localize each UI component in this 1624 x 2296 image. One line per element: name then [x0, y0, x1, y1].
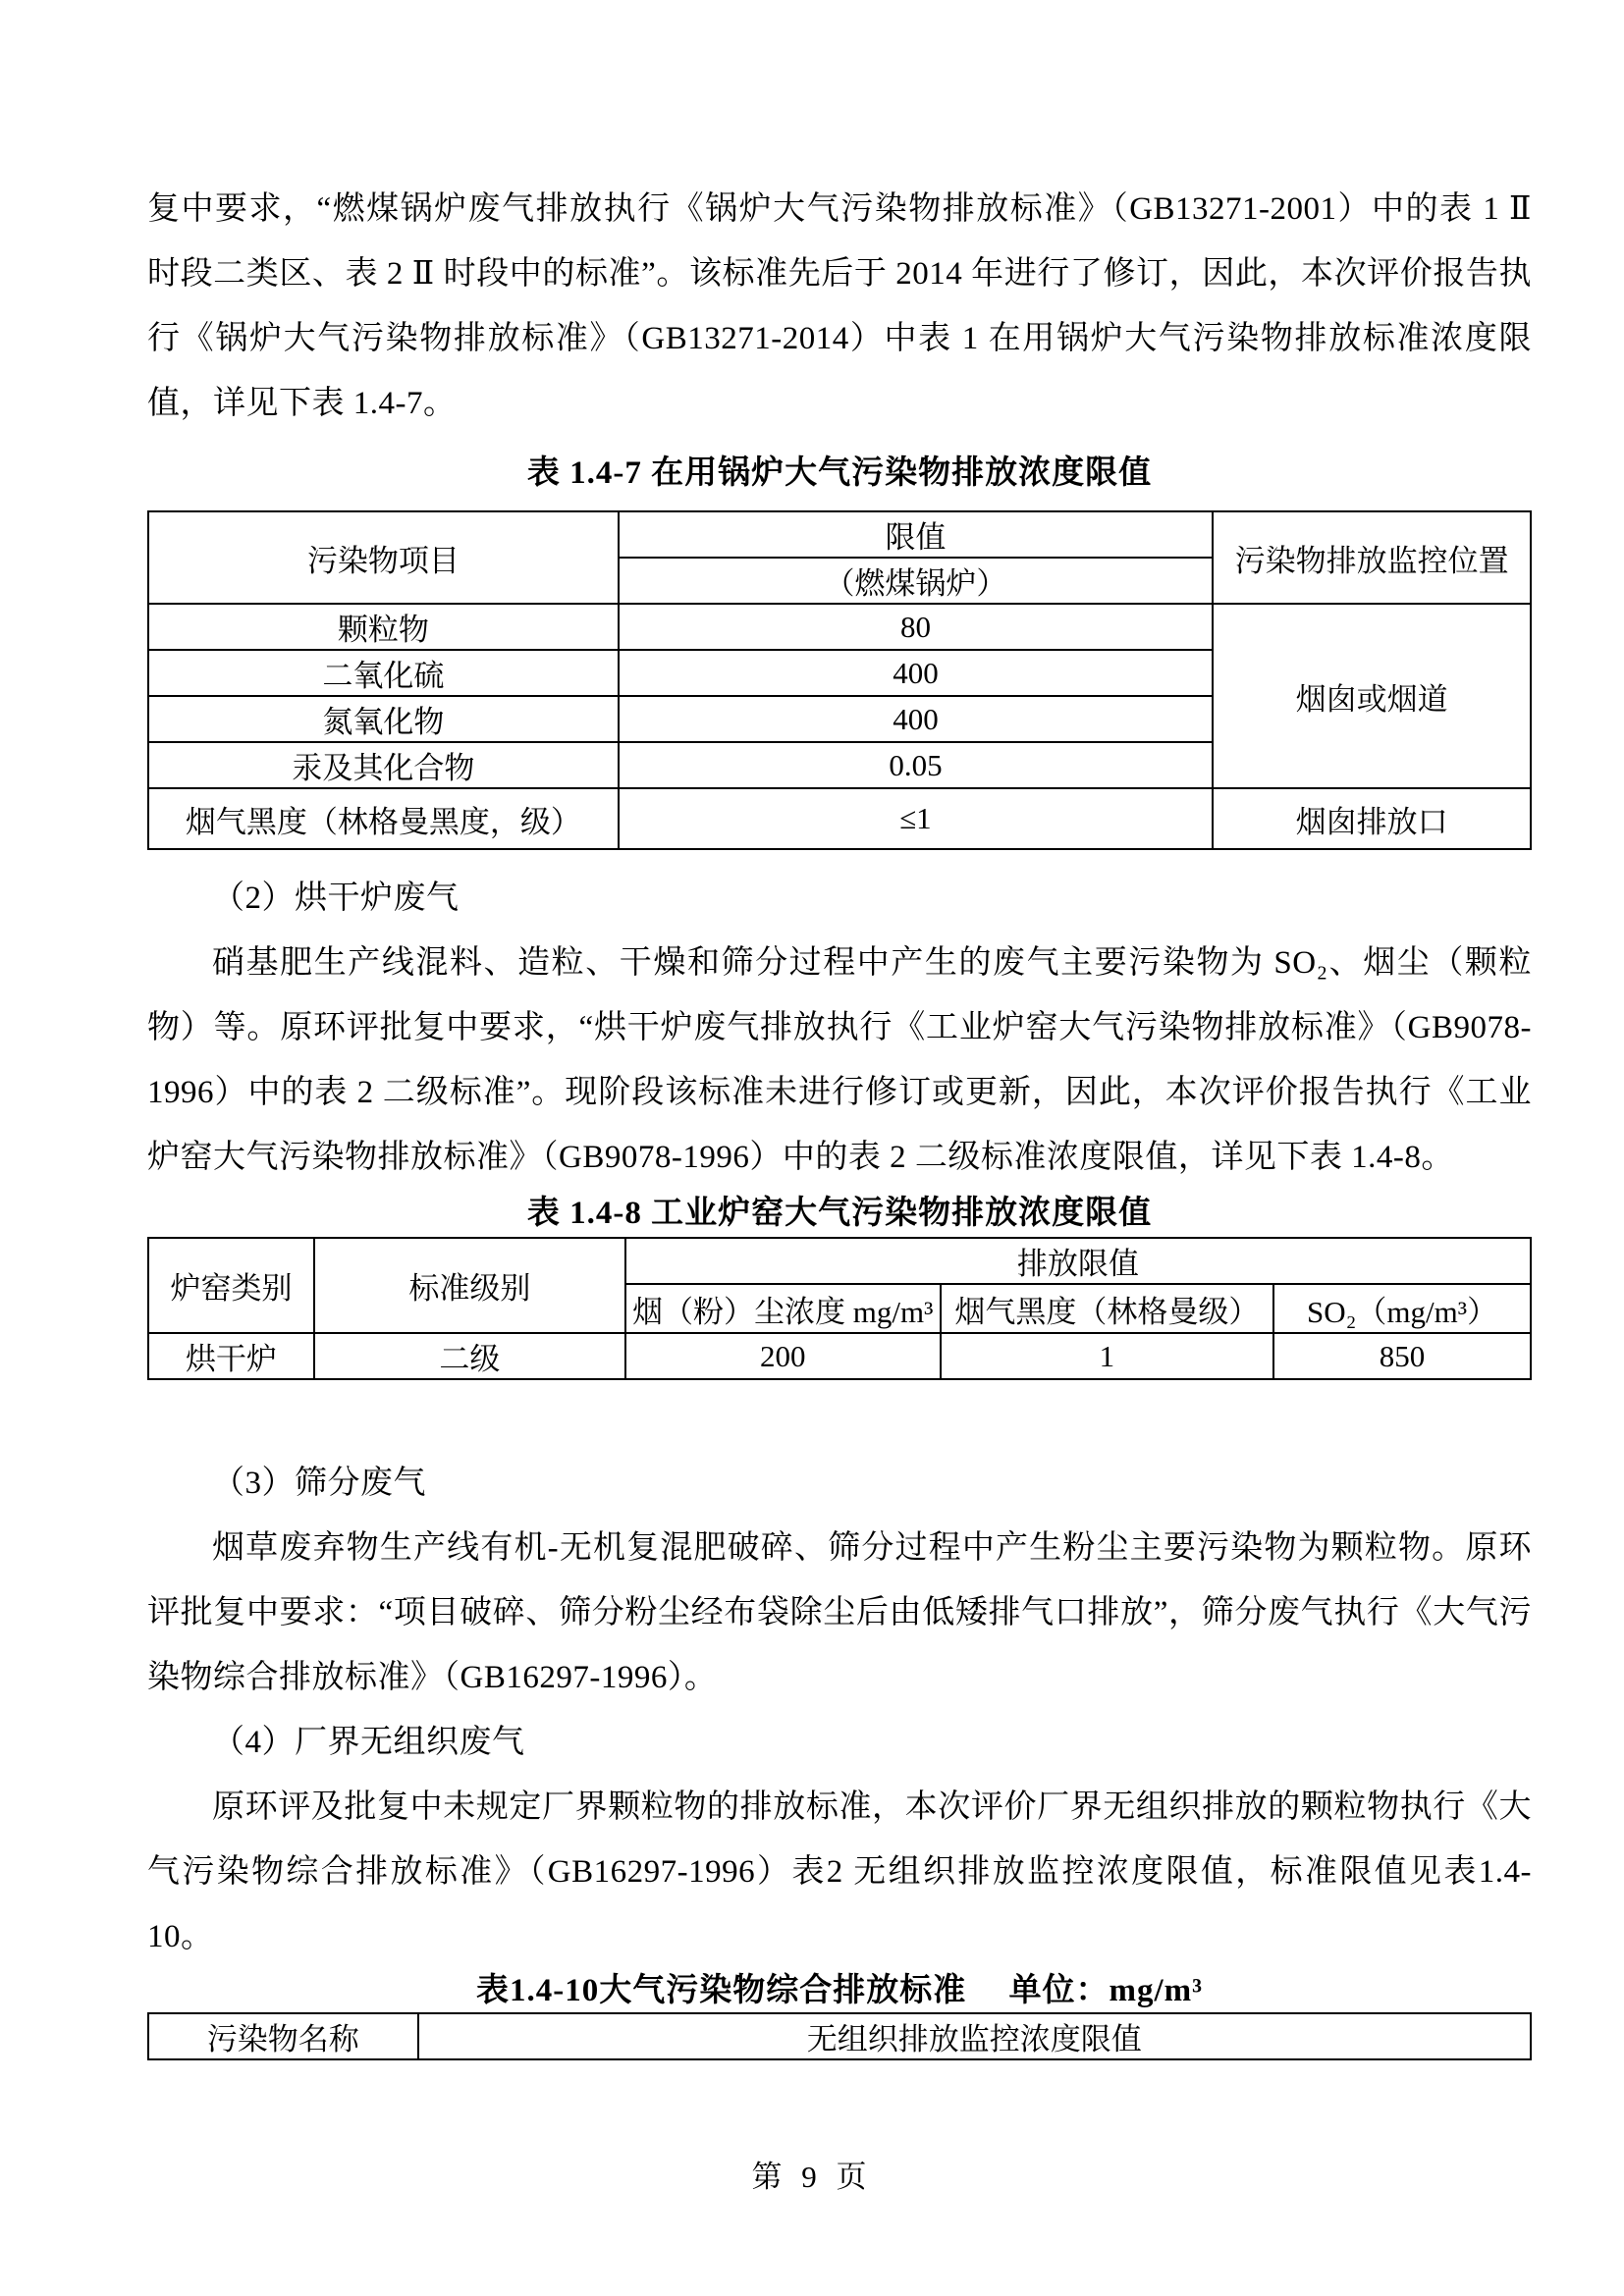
t8-cell-so2-value: 850: [1273, 1333, 1531, 1379]
t7-header-limit-sub: （燃煤锅炉）: [619, 558, 1213, 604]
t7-cell-particulate: 颗粒物: [148, 604, 619, 650]
heading-drying-furnace: （2）烘干炉废气: [147, 866, 1532, 931]
t7-header-pollutant: 污染物项目: [148, 511, 619, 604]
t7-cell-so2: 二氧化硫: [148, 650, 619, 696]
t7-cell-mercury-value: 0.05: [619, 742, 1213, 788]
t7-cell-chimney-outlet: 烟囱排放口: [1213, 788, 1531, 849]
t7-header-limit: 限值: [619, 511, 1213, 558]
heading-screening-gas: （3）筛分废气: [147, 1451, 1532, 1516]
paragraph-drying-furnace: 硝基肥生产线混料、造粒、干燥和筛分过程中产生的废气主要污染物为 SO₂、烟尘（颗…: [147, 931, 1532, 1190]
table-1-4-10: 污染物名称 无组织排放监控浓度限值: [147, 2012, 1532, 2060]
t7-cell-particulate-value: 80: [619, 604, 1213, 650]
t7-cell-so2-value: 400: [619, 650, 1213, 696]
t7-cell-nox-value: 400: [619, 696, 1213, 742]
t8-subheader-dust: 烟（粉）尘浓度 mg/m³: [625, 1284, 941, 1333]
table-1-4-10-title: 表1.4-10大气污染物综合排放标准 单位：mg/m³: [147, 1969, 1532, 2012]
t8-header-limit-span: 排放限值: [625, 1238, 1531, 1284]
t10-header-pollutant-name: 污染物名称: [148, 2013, 418, 2059]
table-1-4-7-title: 表 1.4-7 在用锅炉大气污染物排放浓度限值: [147, 436, 1532, 510]
heading-fugitive-gas: （4）厂界无组织废气: [147, 1710, 1532, 1775]
t8-header-kiln-type: 炉窑类别: [148, 1238, 314, 1333]
t8-cell-kiln: 烘干炉: [148, 1333, 314, 1379]
document-page: 复中要求，“燃煤锅炉废气排放执行《锅炉大气污染物排放标准》（GB13271-20…: [0, 0, 1624, 2296]
t8-cell-blackness-value: 1: [941, 1333, 1273, 1379]
t8-header-standard-level: 标准级别: [314, 1238, 625, 1333]
t8-subheader-so2: SO₂（mg/m³）: [1273, 1284, 1531, 1333]
paragraph-boiler-standard: 复中要求，“燃煤锅炉废气排放执行《锅炉大气污染物排放标准》（GB13271-20…: [147, 177, 1532, 436]
t8-cell-dust-value: 200: [625, 1333, 941, 1379]
table-1-4-8-title: 表 1.4-8 工业炉窑大气污染物排放浓度限值: [147, 1190, 1532, 1237]
t7-cell-smoke-blackness-value: ≤1: [619, 788, 1213, 849]
t10-header-fugitive-limit: 无组织排放监控浓度限值: [418, 2013, 1531, 2059]
paragraph-fugitive-gas: 原环评及批复中未规定厂界颗粒物的排放标准，本次评价厂界无组织排放的颗粒物执行《大…: [147, 1775, 1532, 1969]
t7-cell-mercury: 汞及其化合物: [148, 742, 619, 788]
page-number: 第 9 页: [0, 2152, 1624, 2196]
paragraph-screening-gas: 烟草废弃物生产线有机-无机复混肥破碎、筛分过程中产生粉尘主要污染物为颗粒物。原环…: [147, 1516, 1532, 1710]
t7-header-monitor-location: 污染物排放监控位置: [1213, 511, 1531, 604]
t7-cell-smoke-blackness: 烟气黑度（林格曼黑度，级）: [148, 788, 619, 849]
page-content: 复中要求，“燃煤锅炉废气排放执行《锅炉大气污染物排放标准》（GB13271-20…: [147, 177, 1532, 2060]
table-1-4-7: 污染物项目 限值 污染物排放监控位置 （燃煤锅炉） 颗粒物 80 烟囱或烟道 二…: [147, 510, 1532, 850]
table-1-4-8: 炉窑类别 标准级别 排放限值 烟（粉）尘浓度 mg/m³ 烟气黑度（林格曼级） …: [147, 1237, 1532, 1380]
t7-cell-merged-location: 烟囱或烟道: [1213, 604, 1531, 788]
t8-subheader-blackness: 烟气黑度（林格曼级）: [941, 1284, 1273, 1333]
t7-cell-nox: 氮氧化物: [148, 696, 619, 742]
t8-cell-level: 二级: [314, 1333, 625, 1379]
